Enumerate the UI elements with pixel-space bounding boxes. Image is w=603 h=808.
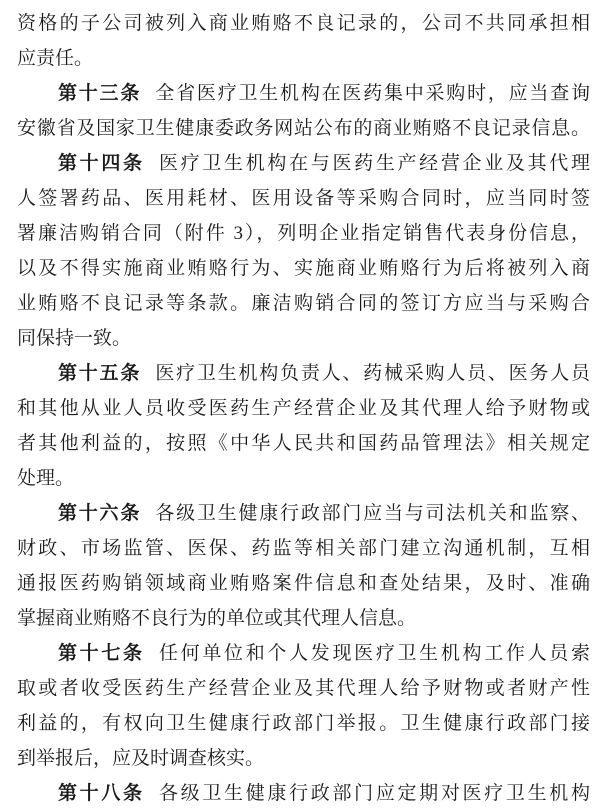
text-line: 财政、市场监管、医保、药监等相关部门建立沟通机制，互相 <box>17 531 590 566</box>
line-text: 安徽省及国家卫生健康委政务网站公布的商业贿赂不良记录信息。 <box>17 118 590 139</box>
line-text: 应责任。 <box>17 48 93 69</box>
article-16-heading-line: 第十六条各级卫生健康行政部门应当与司法机关和监察、 <box>17 496 590 531</box>
article-number: 第十五条 <box>58 363 141 384</box>
text-line: 人签署药品、医用耗材、医用设备等采购合同时，应当同时签 <box>17 181 590 216</box>
text-line: 资格的子公司被列入商业贿赂不良记录的，公司不共同承担相 <box>17 6 590 41</box>
text-line: 通报医药购销领域商业贿赂案件信息和查处结果，及时、准确 <box>17 566 590 601</box>
line-text: 者其他利益的，按照《中华人民共和国药品管理法》相关规定 <box>17 433 590 454</box>
article-number: 第十四条 <box>58 153 145 174</box>
line-text: 取或者收受医药生产经营企业及其代理人给予财物或者财产性 <box>17 678 590 699</box>
article-17-heading-line: 第十七条任何单位和个人发现医疗卫生机构工作人员索 <box>17 636 590 671</box>
paragraph-end-line: 处理。 <box>17 461 590 496</box>
line-text: 到举报后，应及时调查核实。 <box>17 748 264 769</box>
text-line: 利益的，有权向卫生健康行政部门举报。卫生健康行政部门接 <box>17 706 590 741</box>
line-text: 全省医疗卫生机构在医药集中采购时，应当查询 <box>155 83 590 104</box>
line-text: 医疗卫生机构在与医药生产经营企业及其代理 <box>159 153 590 174</box>
text-line: 安徽省及国家卫生健康委政务网站公布的商业贿赂不良记录信息。 <box>17 111 590 146</box>
line-text: 医疗卫生机构负责人、药械采购人员、医务人员 <box>155 363 590 384</box>
article-number: 第十三条 <box>58 83 141 104</box>
line-text: 署廉洁购销合同（附件 3），列明企业指定销售代表身份信息， <box>17 223 590 244</box>
line-text: 通报医药购销领域商业贿赂案件信息和查处结果，及时、准确 <box>17 573 590 594</box>
text-line: 署廉洁购销合同（附件 3），列明企业指定销售代表身份信息， <box>17 216 590 251</box>
text-line: 业贿赂不良记录等条款。廉洁购销合同的签订方应当与采购合 <box>17 286 590 321</box>
document-page: 资格的子公司被列入商业贿赂不良记录的，公司不共同承担相 应责任。 第十三条全省医… <box>0 0 603 808</box>
line-text: 业贿赂不良记录等条款。廉洁购销合同的签订方应当与采购合 <box>17 293 590 314</box>
line-text: 以及不得实施商业贿赂行为、实施商业贿赂行为后将被列入商 <box>17 258 590 279</box>
line-text: 资格的子公司被列入商业贿赂不良记录的，公司不共同承担相 <box>17 13 590 34</box>
paragraph-end-line: 同保持一致。 <box>17 321 590 356</box>
line-text: 人签署药品、医用耗材、医用设备等采购合同时，应当同时签 <box>17 188 590 209</box>
line-text: 利益的，有权向卫生健康行政部门举报。卫生健康行政部门接 <box>17 713 590 734</box>
line-text: 掌握商业贿赂不良行为的单位或其代理人信息。 <box>17 608 416 629</box>
article-14-heading-line: 第十四条医疗卫生机构在与医药生产经营企业及其代理 <box>17 146 590 181</box>
line-text: 各级卫生健康行政部门应当与司法机关和监察、 <box>155 503 590 524</box>
paragraph-end-line: 应责任。 <box>17 41 590 76</box>
article-number: 第十六条 <box>58 503 141 524</box>
text-line: 和其他从业人员收受医药生产经营企业及其代理人给予财物或 <box>17 391 590 426</box>
article-number: 第十八条 <box>58 783 145 804</box>
line-text: 财政、市场监管、医保、药监等相关部门建立沟通机制，互相 <box>17 538 590 559</box>
paragraph-end-line: 掌握商业贿赂不良行为的单位或其代理人信息。 <box>17 601 590 636</box>
text-line: 取或者收受医药生产经营企业及其代理人给予财物或者财产性 <box>17 671 590 706</box>
line-text: 处理。 <box>17 468 74 489</box>
article-number: 第十七条 <box>58 643 145 664</box>
line-text: 和其他从业人员收受医药生产经营企业及其代理人给予财物或 <box>17 398 590 419</box>
article-13-heading-line: 第十三条全省医疗卫生机构在医药集中采购时，应当查询 <box>17 76 590 111</box>
paragraph-end-line: 到举报后，应及时调查核实。 <box>17 741 590 776</box>
article-18-heading-line: 第十八条各级卫生健康行政部门应定期对医疗卫生机构 <box>17 776 590 808</box>
line-text: 各级卫生健康行政部门应定期对医疗卫生机构 <box>159 783 590 804</box>
text-line: 者其他利益的，按照《中华人民共和国药品管理法》相关规定 <box>17 426 590 461</box>
line-text: 同保持一致。 <box>17 328 131 349</box>
line-text: 任何单位和个人发现医疗卫生机构工作人员索 <box>159 643 590 664</box>
article-15-heading-line: 第十五条医疗卫生机构负责人、药械采购人员、医务人员 <box>17 356 590 391</box>
text-line: 以及不得实施商业贿赂行为、实施商业贿赂行为后将被列入商 <box>17 251 590 286</box>
